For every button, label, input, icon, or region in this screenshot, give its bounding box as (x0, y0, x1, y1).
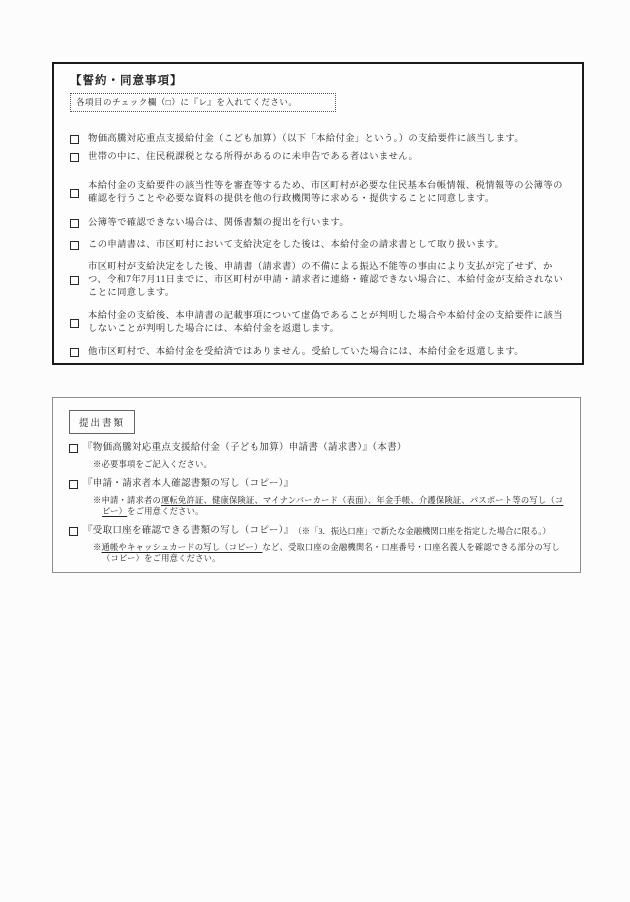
checkbox-icon[interactable] (69, 480, 78, 489)
pledge-section: 【誓約・同意事項】 各項目のチェック欄（□）に『レ』を入れてください。 物価高騰… (52, 62, 584, 365)
pledge-item: 他市区町村で、本給付金を受給済ではありません。受給していた場合には、本給付金を返… (70, 346, 566, 359)
pledge-item: 本給付金の支給後、本申請書の記載事項について虚偽であることが判明した場合や本給付… (70, 310, 566, 336)
pledge-item-text: 世帯の中に、住民税課税となる所得があるのに未申告である者はいません。 (88, 151, 418, 164)
document-item: 『申請・請求者本人確認書類の写し（コピー）』 ※申請・請求者の運転免許証、健康保… (69, 478, 566, 517)
document-item-note: ※申請・請求者の運転免許証、健康保険証、マイナンバーカード（表面）、年金手帳、介… (93, 495, 566, 517)
pledge-item: 公簿等で確認できない場合は、関係書類の提出を行います。 (70, 217, 566, 230)
checkbox-icon[interactable] (70, 219, 79, 228)
documents-section-title: 提出書類 (69, 410, 135, 434)
underlined-note-text: 通帳やキャッシュカードの写し（コピー） (102, 543, 263, 552)
pledge-item: この申請書は、市区町村において支給決定をした後は、本給付金の請求書として取り扱い… (70, 239, 566, 252)
document-item-label: 『申請・請求者本人確認書類の写し（コピー）』 (83, 478, 293, 491)
check-instruction-note: 各項目のチェック欄（□）に『レ』を入れてください。 (70, 93, 336, 112)
checkbox-icon[interactable] (70, 348, 79, 357)
document-item-label: 『物価高騰対応重点支援給付金（子ども加算）申請書（請求書）』（本書） (83, 442, 407, 455)
document-item: 『物価高騰対応重点支援給付金（子ども加算）申請書（請求書）』（本書） ※必要事項… (69, 442, 566, 470)
pledge-item-text: 市区町村が支給決定をした後、申請書（請求書）の不備による振込不能等の事由により支… (88, 261, 566, 300)
pledge-item-text: 他市区町村で、本給付金を受給済ではありません。受給していた場合には、本給付金を返… (88, 346, 524, 359)
document-item: 『受取口座を確認できる書類の写し（コピー）』 （※「3．振込口座」で新たな金融機… (69, 525, 566, 564)
checkbox-icon[interactable] (70, 189, 79, 198)
pledge-item-text: 本給付金の支給後、本申請書の記載事項について虚偽であることが判明した場合や本給付… (88, 310, 566, 336)
checkbox-icon[interactable] (70, 276, 79, 285)
document-page: 【誓約・同意事項】 各項目のチェック欄（□）に『レ』を入れてください。 物価高騰… (0, 0, 630, 902)
pledge-item: 物価高騰対応重点支援給付金（こども加算）（以下「本給付金」という。）の支給要件に… (70, 133, 566, 146)
pledge-item: 市区町村が支給決定をした後、申請書（請求書）の不備による振込不能等の事由により支… (70, 261, 566, 300)
pledge-item-text: 公簿等で確認できない場合は、関係書類の提出を行います。 (88, 217, 349, 230)
documents-section: 提出書類 『物価高騰対応重点支援給付金（子ども加算）申請書（請求書）』（本書） … (52, 397, 581, 573)
checkbox-icon[interactable] (70, 135, 79, 144)
checkbox-icon[interactable] (70, 241, 79, 250)
checkbox-icon[interactable] (70, 153, 79, 162)
pledge-section-title: 【誓約・同意事項】 (70, 72, 566, 88)
document-item-label: 『受取口座を確認できる書類の写し（コピー）』 (83, 525, 293, 538)
pledge-item: 本給付金の支給要件の該当性等を審査等するため、市区町村が必要な住民基本台帳情報、… (70, 180, 566, 206)
checkbox-icon[interactable] (69, 444, 78, 453)
pledge-item-text: この申請書は、市区町村において支給決定をした後は、本給付金の請求書として取り扱い… (88, 239, 504, 252)
document-item-note: ※通帳やキャッシュカードの写し（コピー）など、受取口座の金融機関名・口座番号・口… (93, 542, 566, 564)
checkbox-icon[interactable] (70, 319, 79, 328)
checkbox-icon[interactable] (69, 527, 78, 536)
pledge-item-text: 本給付金の支給要件の該当性等を審査等するため、市区町村が必要な住民基本台帳情報、… (88, 180, 566, 206)
pledge-item-text: 物価高騰対応重点支援給付金（こども加算）（以下「本給付金」という。）の支給要件に… (88, 133, 524, 146)
document-item-condition: （※「3．振込口座」で新たな金融機関口座を指定した場合に限る。） (293, 525, 550, 538)
document-item-note: ※必要事項をご記入ください。 (93, 459, 566, 470)
pledge-item: 世帯の中に、住民税課税となる所得があるのに未申告である者はいません。 (70, 151, 566, 164)
